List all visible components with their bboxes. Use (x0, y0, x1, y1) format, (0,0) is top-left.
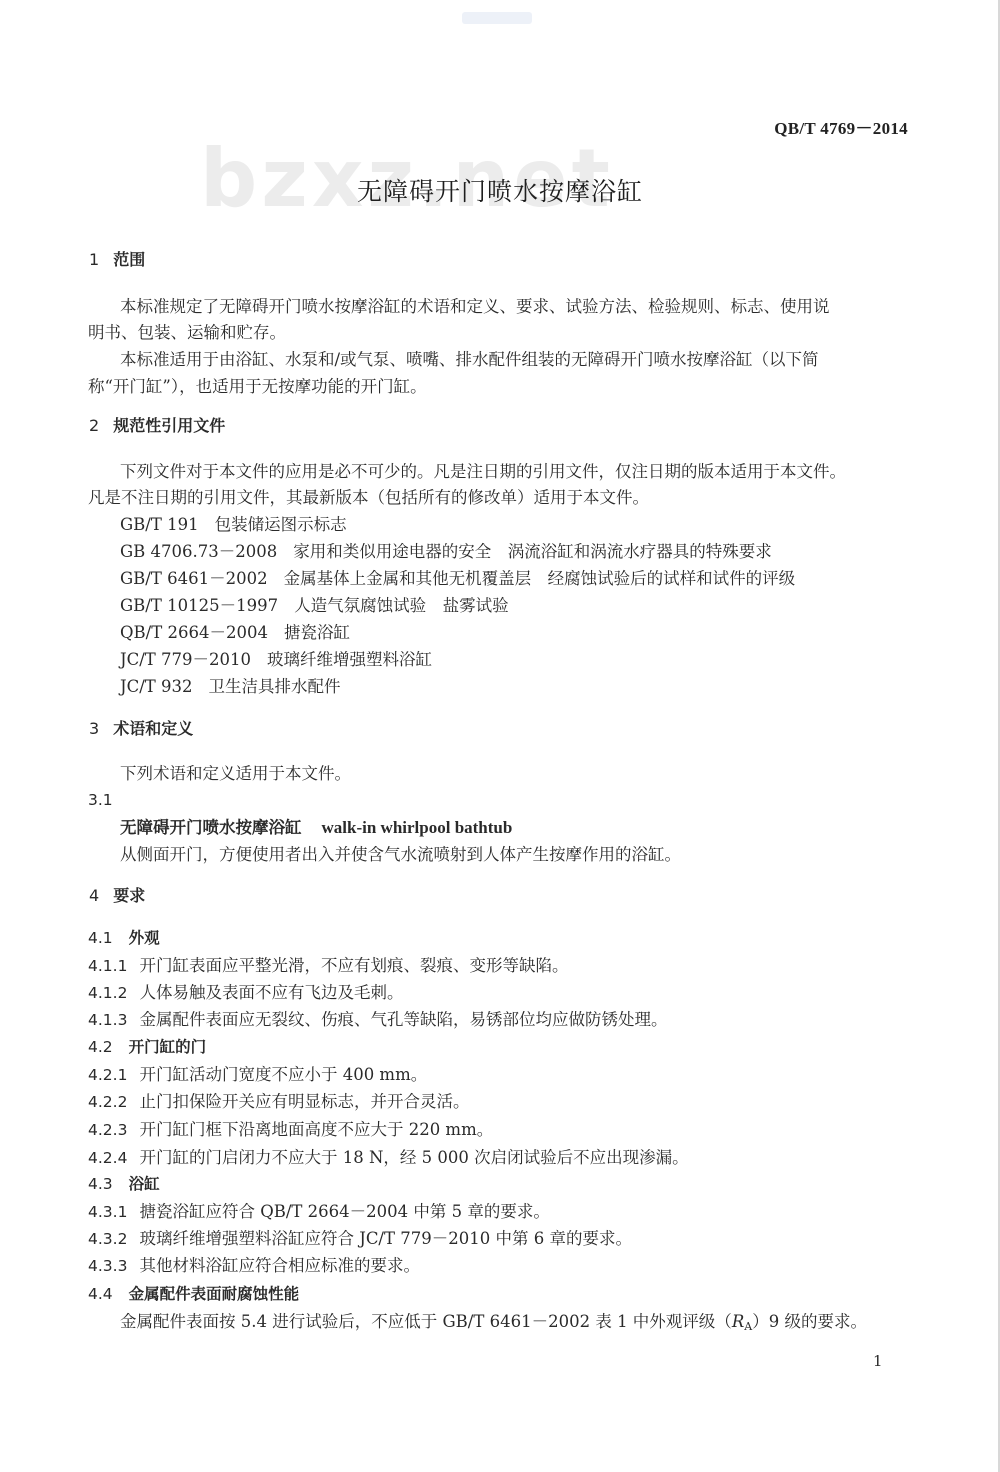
term-chinese: 无障碍开门喷水按摩浴缸 (120, 818, 302, 837)
clause-text: 玻璃纤维增强塑料浴缸应符合 JC/T 779－2010 中第 6 章的要求。 (139, 1229, 632, 1248)
paragraph-line: 明书、包装、运输和贮存。 (88, 323, 286, 343)
clause-4-3-1: 4.3.1搪瓷浴缸应符合 QB/T 2664－2004 中第 5 章的要求。 (88, 1202, 550, 1222)
scan-artifact (462, 12, 532, 24)
reference-title: 家用和类似用途电器的安全 涡流浴缸和涡流水疗器具的特殊要求 (293, 542, 772, 561)
term-number: 3.1 (88, 790, 113, 810)
symbol-subscript: A (744, 1320, 752, 1333)
clause-number: 4.1 (88, 929, 113, 947)
clause-4-1-2: 4.1.2人体易触及表面不应有飞边及毛刺。 (88, 983, 403, 1003)
section-number: 2 (89, 416, 99, 435)
reference-title: 人造气氛腐蚀试验 盐雾试验 (294, 596, 509, 615)
term-definition: 从侧面开门，方便使用者出入并使含气水流喷射到人体产生按摩作用的浴缸。 (120, 845, 681, 865)
clause-4-3-3: 4.3.3其他材料浴缸应符合相应标准的要求。 (88, 1256, 420, 1276)
clause-text: 止门扣保险开关应有明显标志，并开合灵活。 (139, 1092, 469, 1111)
clause-4-3-2: 4.3.2玻璃纤维增强塑料浴缸应符合 JC/T 779－2010 中第 6 章的… (88, 1229, 632, 1249)
clause-4-2-2: 4.2.2止门扣保险开关应有明显标志，并开合灵活。 (88, 1092, 469, 1112)
clause-text: 人体易触及表面不应有飞边及毛刺。 (139, 983, 403, 1002)
clause-number: 4.2.1 (88, 1066, 127, 1084)
reference-title: 搪瓷浴缸 (284, 623, 350, 642)
reference-code: GB/T 6461－2002 (120, 569, 268, 588)
clause-4-2-3: 4.2.3开门缸门框下沿离地面高度不应大于 220 mm。 (88, 1120, 493, 1140)
symbol-r: R (732, 1312, 744, 1331)
reference-code: JC/T 779－2010 (120, 650, 251, 669)
reference-item: GB/T 191包装储运图示标志 (120, 515, 347, 535)
clause-label: 金属配件表面耐腐蚀性能 (129, 1285, 300, 1303)
paragraph-line: 下列文件对于本文件的应用是必不可少的。凡是注日期的引用文件，仅注日期的版本适用于… (120, 462, 846, 482)
clause-text: 开门缸活动门宽度不应小于 400 mm。 (139, 1065, 427, 1084)
section-label: 要求 (113, 886, 145, 905)
reference-item: GB/T 6461－2002金属基体上金属和其他无机覆盖层 经腐蚀试验后的试样和… (120, 569, 795, 589)
reference-code: GB 4706.73－2008 (120, 542, 277, 561)
clause-4-1-3: 4.1.3金属配件表面应无裂纹、伤痕、气孔等缺陷，易锈部位均应做防锈处理。 (88, 1010, 667, 1030)
section-label: 术语和定义 (113, 719, 193, 738)
section-3-heading: 3术语和定义 (89, 719, 193, 739)
paragraph-line: 本标准规定了无障碍开门喷水按摩浴缸的术语和定义、要求、试验方法、检验规则、标志、… (120, 297, 830, 317)
clause-4-4-heading: 4.4金属配件表面耐腐蚀性能 (88, 1284, 299, 1304)
clause-text: 其他材料浴缸应符合相应标准的要求。 (139, 1256, 420, 1275)
clause-number: 4.2.4 (88, 1149, 127, 1167)
paragraph-line: 本标准适用于由浴缸、水泵和/或气泵、喷嘴、排水配件组装的无障碍开门喷水按摩浴缸（… (120, 350, 819, 370)
clause-4-1-1: 4.1.1开门缸表面应平整光滑，不应有划痕、裂痕、变形等缺陷。 (88, 956, 568, 976)
section-number: 3 (89, 719, 99, 738)
clause-4-3-heading: 4.3浴缸 (88, 1174, 160, 1194)
clause-number: 4.3.2 (88, 1230, 127, 1248)
section-label: 范围 (113, 250, 145, 269)
paragraph-line: 凡是不注日期的引用文件，其最新版本（包括所有的修改单）适用于本文件。 (88, 488, 649, 508)
section-number: 4 (89, 886, 99, 905)
reference-code: GB/T 10125－1997 (120, 596, 278, 615)
clause-text: 开门缸表面应平整光滑，不应有划痕、裂痕、变形等缺陷。 (139, 956, 568, 975)
clause-text: 金属配件表面应无裂纹、伤痕、气孔等缺陷，易锈部位均应做防锈处理。 (139, 1010, 667, 1029)
clause-text: 开门缸门框下沿离地面高度不应大于 220 mm。 (139, 1120, 493, 1139)
reference-code: QB/T 2664－2004 (120, 623, 268, 642)
page-number: 1 (873, 1352, 883, 1370)
text-part: 金属配件表面按 5.4 进行试验后，不应低于 GB/T 6461－2002 表 … (120, 1312, 732, 1331)
reference-item: QB/T 2664－2004搪瓷浴缸 (120, 623, 350, 643)
clause-number: 4.2.3 (88, 1121, 127, 1139)
clause-number: 4.3.3 (88, 1257, 127, 1275)
reference-title: 金属基体上金属和其他无机覆盖层 经腐蚀试验后的试样和试件的评级 (284, 569, 796, 588)
section-4-heading: 4要求 (89, 886, 145, 906)
term-english: walk-in whirlpool bathtub (322, 818, 513, 837)
clause-4-2-1: 4.2.1开门缸活动门宽度不应小于 400 mm。 (88, 1065, 427, 1085)
clause-4-2-heading: 4.2开门缸的门 (88, 1037, 206, 1057)
clause-number: 4.4 (88, 1285, 113, 1303)
reference-item: GB/T 10125－1997人造气氛腐蚀试验 盐雾试验 (120, 596, 509, 616)
clause-label: 浴缸 (129, 1175, 160, 1193)
clause-number: 4.1.1 (88, 957, 127, 975)
text-part: ）9 级的要求。 (752, 1312, 867, 1331)
clause-4-1-heading: 4.1外观 (88, 928, 160, 948)
clause-4-2-4: 4.2.4开门缸的门启闭力不应大于 18 N，经 5 000 次启闭试验后不应出… (88, 1148, 689, 1168)
section-label: 规范性引用文件 (113, 416, 225, 435)
reference-item: JC/T 779－2010玻璃纤维增强塑料浴缸 (120, 650, 432, 670)
section-1-heading: 1范围 (89, 250, 145, 270)
clause-number: 4.2.2 (88, 1093, 127, 1111)
section-2-heading: 2规范性引用文件 (89, 416, 225, 436)
clause-number: 4.3 (88, 1175, 113, 1193)
clause-text: 搪瓷浴缸应符合 QB/T 2664－2004 中第 5 章的要求。 (139, 1202, 549, 1221)
document-title: 无障碍开门喷水按摩浴缸 (0, 172, 1000, 208)
clause-label: 开门缸的门 (129, 1038, 207, 1056)
clause-number: 4.2 (88, 1038, 113, 1056)
clause-number: 4.1.3 (88, 1011, 127, 1029)
paragraph-line: 称“开门缸”），也适用于无按摩功能的开门缸。 (88, 377, 427, 397)
standard-code: QB/T 4769－2014 (774, 114, 908, 139)
clause-number: 4.1.2 (88, 984, 127, 1002)
clause-label: 外观 (129, 929, 160, 947)
reference-title: 卫生洁具排水配件 (209, 677, 341, 696)
term-heading: 无障碍开门喷水按摩浴缸walk-in whirlpool bathtub (120, 818, 512, 838)
paragraph-line: 下列术语和定义适用于本文件。 (120, 764, 351, 784)
reference-item: GB 4706.73－2008家用和类似用途电器的安全 涡流浴缸和涡流水疗器具的… (120, 542, 772, 562)
clause-number: 4.3.1 (88, 1203, 127, 1221)
section-number: 1 (89, 250, 99, 269)
reference-item: JC/T 932卫生洁具排水配件 (120, 677, 341, 697)
clause-text: 开门缸的门启闭力不应大于 18 N，经 5 000 次启闭试验后不应出现渗漏。 (139, 1148, 688, 1167)
reference-title: 包装储运图示标志 (215, 515, 347, 534)
reference-code: JC/T 932 (120, 677, 193, 696)
reference-code: GB/T 191 (120, 515, 199, 534)
clause-4-4-text: 金属配件表面按 5.4 进行试验后，不应低于 GB/T 6461－2002 表 … (120, 1312, 867, 1337)
reference-title: 玻璃纤维增强塑料浴缸 (267, 650, 432, 669)
